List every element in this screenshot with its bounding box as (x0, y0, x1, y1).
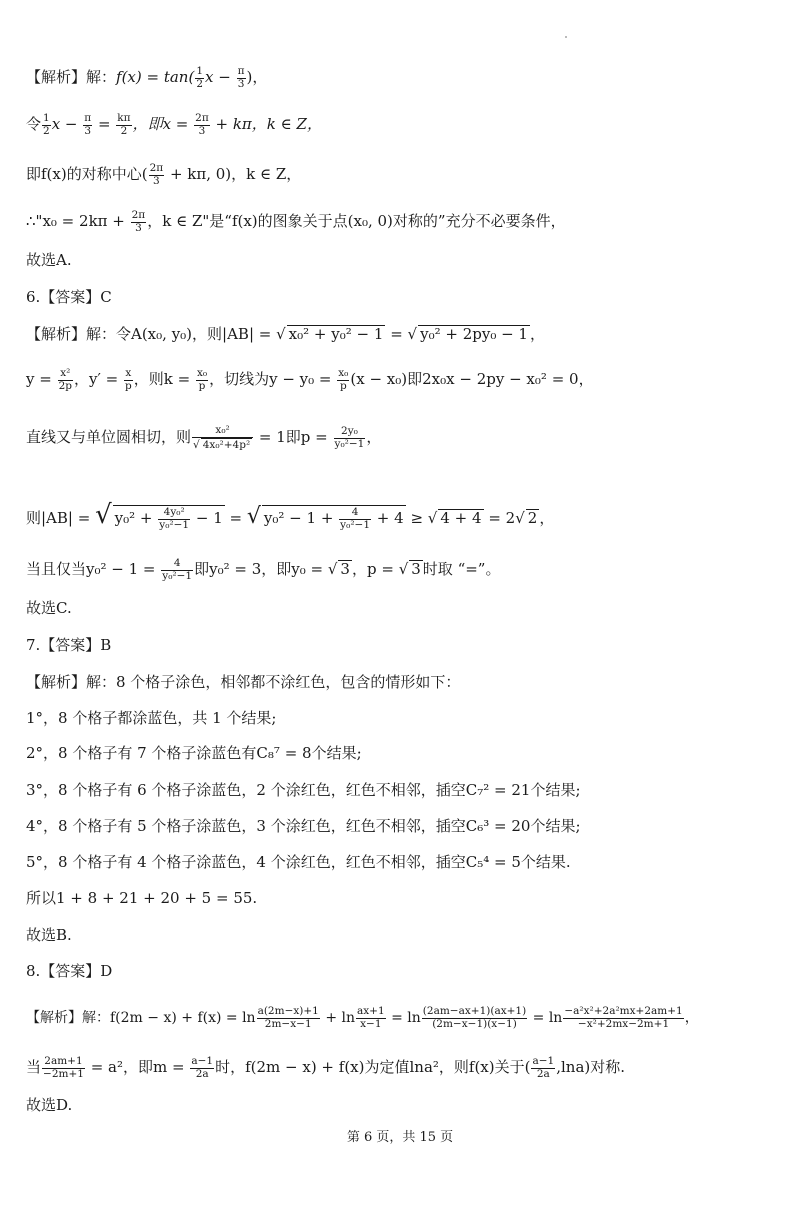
text: = a²，即m = (86, 1058, 189, 1076)
text: ,lna)对称. (556, 1058, 625, 1076)
numerator: x (124, 368, 133, 381)
numerator: 2π (149, 163, 165, 176)
radicand: 3 (338, 560, 352, 577)
math: x − (52, 115, 83, 133)
denominator: p (124, 381, 133, 393)
radicand: 3 (409, 560, 423, 577)
fraction: 2π3 (131, 210, 147, 234)
numerator: x₀ (337, 368, 349, 381)
denominator: y₀²−1 (158, 520, 190, 532)
page-footer: 第 6 页，共 15 页 (0, 1126, 800, 1145)
denominator: 3 (131, 223, 147, 235)
denominator: √4x₀²+4p² (192, 438, 253, 452)
q8-analysis-line1: 【解析】解：f(2m − x) + f(x) = lna(2m−x)+12m−x… (26, 1006, 699, 1030)
radicand: y₀² − 1 + 4y₀²−1 + 4 (262, 505, 406, 531)
q8-analysis-line2: 当2am+1−2m+1 = a²，即m = a−12a时，f(2m − x) +… (26, 1056, 625, 1080)
math: f(x) = tan( (116, 68, 194, 86)
denominator: −2m+1 (42, 1069, 85, 1081)
sqrt-icon: √ (247, 504, 261, 529)
text: 即y₀² = 3，即y₀ = (194, 560, 328, 578)
math: x − (205, 68, 236, 86)
q5-analysis-line1: 【解析】解：f(x) = tan(12x − π3)， (26, 66, 267, 90)
text: 时取 “=”。 (423, 560, 501, 578)
sqrt-icon: √ (328, 560, 338, 578)
radicand: y₀² + 4y₀²y₀²−1 − 1 (113, 505, 225, 531)
q7-case-3: 3°，8 个格子有 6 个格子涂蓝色，2 个涂红色，红色不相邻，插空C₇² = … (26, 783, 581, 798)
text: = 1即p = (254, 428, 332, 446)
analysis-label: 【解析】解： (26, 68, 116, 86)
fraction: x₀²√4x₀²+4p² (192, 425, 253, 451)
math: + kπ, 0)，k ∈ Z， (165, 165, 301, 183)
denominator: 2 (195, 79, 204, 91)
q8-answer: 8.【答案】D (26, 964, 112, 979)
text: ，k ∈ Z"是“f(x)的图象关于点(x₀, 0)对称的”充分不必要条件， (147, 212, 565, 230)
q7-case-5: 5°，8 个格子有 4 个格子涂蓝色，4 个涂红色，红色不相邻，插空C₅⁴ = … (26, 855, 571, 870)
fraction: 2y₀y₀²−1 (334, 426, 366, 450)
q7-case-2: 2°，8 个格子有 7 个格子涂蓝色有C₈⁷ = 8个结果; (26, 746, 362, 761)
fraction: −a²x²+2a²mx+2am+1−x²+2mx−2m+1 (563, 1006, 683, 1030)
radicand: y₀² + 2py₀ − 1 (418, 325, 530, 342)
numerator: 4 (161, 558, 193, 571)
fraction: 12 (42, 113, 51, 137)
text: y₀² + (115, 509, 158, 527)
fraction: 2π3 (194, 113, 210, 137)
math: )， (247, 68, 268, 86)
denominator: p (337, 381, 349, 393)
numerator: −a²x²+2a²mx+2am+1 (563, 1006, 683, 1019)
numerator: 2π (131, 210, 147, 223)
denominator: y₀²−1 (161, 571, 193, 583)
text: = ln (528, 1010, 562, 1026)
sqrt-icon: √ (408, 325, 418, 343)
radicand: 4x₀²+4p² (201, 438, 252, 452)
fraction: 2am+1−2m+1 (42, 1056, 85, 1080)
q6-analysis-line2: y = x²2p，y′ = xp，则k = x₀p，切线为y − y₀ = x₀… (26, 368, 594, 392)
denominator: 2p (58, 381, 73, 393)
text: ， (539, 509, 554, 527)
q6-analysis-line4: 则|AB| = √y₀² + 4y₀²y₀²−1 − 1 = √y₀² − 1 … (26, 502, 554, 531)
radicand: x₀² + y₀² − 1 (287, 325, 386, 342)
numerator: 4 (339, 507, 371, 520)
sqrt-icon: √ (193, 439, 200, 451)
q7-case-1: 1°，8 个格子都涂蓝色，共 1 个结果; (26, 711, 277, 726)
numerator: kπ (116, 113, 131, 126)
text: 【解析】解：令A(x₀, y₀)，则|AB| = (26, 325, 276, 343)
denominator: x−1 (356, 1019, 386, 1031)
denominator: y₀²−1 (334, 439, 366, 451)
text: ≥ (406, 509, 428, 527)
denominator: y₀²−1 (339, 520, 371, 532)
sqrt-icon: √ (515, 509, 525, 527)
numerator: x₀ (196, 368, 208, 381)
fraction: (2am−ax+1)(ax+1)(2m−x−1)(x−1) (422, 1006, 527, 1030)
numerator: 1 (42, 113, 51, 126)
text: ， (530, 325, 545, 343)
q6-analysis-line3: 直线又与单位圆相切，则x₀²√4x₀²+4p² = 1即p = 2y₀y₀²−1… (26, 425, 381, 451)
numerator: x₀² (192, 425, 253, 438)
q6-answer: 6.【答案】C (26, 290, 112, 305)
fraction: a(2m−x)+12m−x−1 (257, 1006, 320, 1030)
q5-analysis-line3: 即f(x)的对称中心(2π3 + kπ, 0)，k ∈ Z， (26, 163, 301, 187)
fraction: 12 (195, 66, 204, 90)
scan-speck (565, 36, 567, 38)
numerator: 1 (195, 66, 204, 79)
numerator: 2am+1 (42, 1056, 85, 1069)
numerator: (2am−ax+1)(ax+1) (422, 1006, 527, 1019)
q8-conclusion: 故选D. (26, 1098, 72, 1113)
text: = 2 (484, 509, 516, 527)
numerator: 4y₀² (158, 507, 190, 520)
fraction: x₀p (337, 368, 349, 392)
numerator: a(2m−x)+1 (257, 1006, 320, 1019)
text: − 1 (191, 509, 223, 527)
text: 当且仅当y₀² − 1 = (26, 560, 160, 578)
q5-analysis-line4: ∴"x₀ = 2kπ + 2π3，k ∈ Z"是“f(x)的图象关于点(x₀, … (26, 210, 566, 234)
text: 令 (26, 115, 41, 133)
numerator: 2y₀ (334, 426, 366, 439)
text: ，切线为y − y₀ = (209, 370, 336, 388)
q7-analysis-line1: 【解析】解：8 个格子涂色，相邻都不涂红色，包含的情形如下： (26, 675, 460, 690)
sqrt-icon: √ (399, 560, 409, 578)
numerator: 2π (194, 113, 210, 126)
fraction: kπ2 (116, 113, 131, 137)
sqrt-icon: √ (95, 500, 112, 530)
fraction: x²2p (58, 368, 73, 392)
sqrt-icon: √ (276, 325, 286, 343)
text: 直线又与单位圆相切，则 (26, 428, 191, 446)
text: y₀² − 1 + (264, 509, 338, 527)
q6-analysis-line1: 【解析】解：令A(x₀, y₀)，则|AB| = √x₀² + y₀² − 1 … (26, 325, 545, 342)
q7-case-4: 4°，8 个格子有 5 个格子涂蓝色，3 个涂红色，红色不相邻，插空C₆³ = … (26, 819, 581, 834)
fraction: x₀p (196, 368, 208, 392)
q7-conclusion: 故选B. (26, 928, 72, 943)
fraction: xp (124, 368, 133, 392)
text: 【解析】解：f(2m − x) + f(x) = ln (26, 1010, 256, 1026)
fraction: 4y₀²−1 (339, 507, 371, 531)
denominator: −x²+2mx−2m+1 (563, 1019, 683, 1031)
q7-sum: 所以1 + 8 + 21 + 20 + 5 = 55. (26, 891, 257, 906)
numerator: a−1 (531, 1056, 555, 1069)
text: = ln (387, 1010, 421, 1026)
numerator: a−1 (190, 1056, 214, 1069)
fraction: a−12a (531, 1056, 555, 1080)
radicand: 2 (526, 509, 540, 526)
numerator: ax+1 (356, 1006, 386, 1019)
math: ，即x = (133, 115, 194, 133)
text: y = (26, 370, 57, 388)
text: + ln (321, 1010, 355, 1026)
q7-answer: 7.【答案】B (26, 638, 111, 653)
q6-analysis-line5: 当且仅当y₀² − 1 = 4y₀²−1即y₀² = 3，即y₀ = √3，p … (26, 558, 500, 582)
denominator: 2a (531, 1069, 555, 1081)
denominator: (2m−x−1)(x−1) (422, 1019, 527, 1031)
denominator: 3 (237, 79, 246, 91)
math: + kπ，k ∈ Z， (211, 115, 322, 133)
math: = (93, 115, 115, 133)
sqrt-icon: √ (428, 509, 438, 527)
text: ，y′ = (74, 370, 123, 388)
text: + 4 (372, 509, 404, 527)
denominator: 3 (83, 126, 92, 138)
text: 则|AB| = (26, 509, 95, 527)
fraction: 2π3 (149, 163, 165, 187)
denominator: 3 (149, 176, 165, 188)
denominator: 2 (116, 126, 131, 138)
numerator: π (237, 66, 246, 79)
numerator: π (83, 113, 92, 126)
denominator: 2a (190, 1069, 214, 1081)
denominator: 2m−x−1 (257, 1019, 320, 1031)
text: 当 (26, 1058, 41, 1076)
text: ， (685, 1010, 699, 1026)
text: = (225, 509, 247, 527)
text: ∴"x₀ = 2kπ + (26, 212, 130, 230)
numerator: x² (58, 368, 73, 381)
radicand: 4 + 4 (438, 509, 483, 526)
fraction: 4y₀²−1 (161, 558, 193, 582)
text: (x − x₀)即2x₀x − 2py − x₀² = 0， (350, 370, 593, 388)
text: ，p = (352, 560, 399, 578)
denominator: p (196, 381, 208, 393)
fraction: a−12a (190, 1056, 214, 1080)
fraction: π3 (83, 113, 92, 137)
fraction: ax+1x−1 (356, 1006, 386, 1030)
q5-analysis-line2: 令12x − π3 = kπ2，即x = 2π3 + kπ，k ∈ Z， (26, 113, 322, 137)
q6-conclusion: 故选C. (26, 601, 72, 616)
text: ，则k = (134, 370, 195, 388)
q5-conclusion: 故选A. (26, 253, 72, 268)
fraction: π3 (237, 66, 246, 90)
text: 时，f(2m − x) + f(x)为定值lna²，则f(x)关于( (215, 1058, 530, 1076)
denominator: 2 (42, 126, 51, 138)
text: = (385, 325, 407, 343)
text: 即f(x)的对称中心( (26, 165, 148, 183)
denominator: 3 (194, 126, 210, 138)
fraction: 4y₀²y₀²−1 (158, 507, 190, 531)
text: ， (366, 428, 381, 446)
